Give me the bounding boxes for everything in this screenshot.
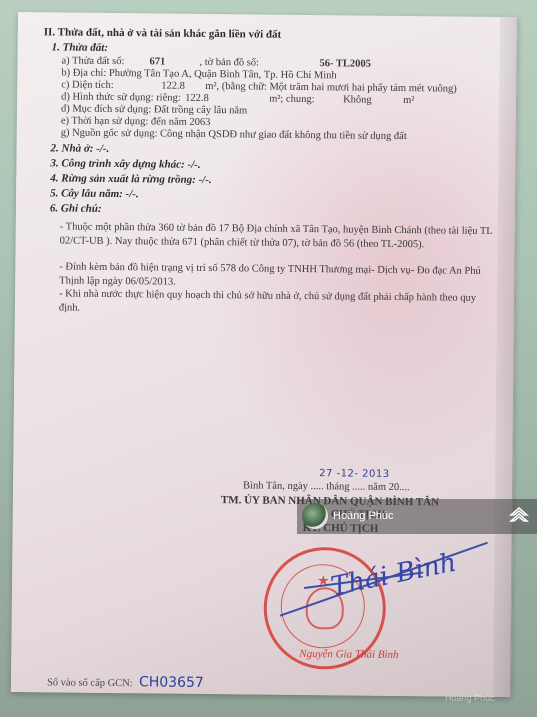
notes-heading: 6. Ghi chú: (50, 203, 102, 215)
map-sheet-number: 56- TL2005 (319, 59, 371, 70)
user-avatar[interactable] (302, 503, 328, 529)
signer-name: Nguyễn Gia Thái Bình (299, 648, 398, 661)
page-fold (493, 17, 518, 697)
land-heading: 1. Thửa đất: (52, 42, 109, 54)
forest-item: 4. Rừng sản xuất là rừng trồng: -/-. (50, 173, 212, 186)
poster-name[interactable]: Hoàng Phúc (333, 510, 394, 522)
parcel-number-label: a) Thửa đất số: (61, 56, 124, 67)
usage-shared-value: Không (343, 95, 372, 106)
perennial-item: 5. Cây lâu năm: -/-. (50, 188, 139, 200)
watermark-text: Hoàng Phúc (445, 693, 495, 703)
usage-shared-label: m²; chung: (269, 95, 315, 106)
note-3: - Khi nhà nước thực hiện quy hoạch thì c… (59, 287, 499, 319)
other-works-item: 3. Công trình xây dựng khác: -/-. (50, 158, 200, 171)
area-label: c) Diện tích: (61, 80, 114, 91)
usage-private-area: 122.8 (185, 94, 209, 105)
stacked-layers-logo-icon[interactable] (509, 506, 529, 526)
note-1: - Thuộc một phần thửa 360 tờ bản đồ 17 B… (60, 220, 500, 252)
usage-form-label: d) Hình thức sử dụng: riêng: (61, 92, 181, 104)
area-in-words: m², (bằng chữ: Một trăm hai mươi hai phẩ… (205, 82, 457, 95)
section-title: II. Thửa đất, nhà ở và tài sản khác gắn … (44, 27, 282, 40)
place-date-line: Bình Tân, ngày ..... tháng ..... năm 20.… (243, 481, 410, 493)
certificate-page: II. Thửa đất, nhà ở và tài sản khác gắn … (11, 12, 518, 697)
registry-label: Số vào sổ cấp GCN: (47, 678, 133, 689)
house-item: 2. Nhà ở: -/-. (51, 143, 110, 155)
usage-shared-unit: m² (403, 96, 414, 107)
map-sheet-label: , tờ bản đồ số: (199, 58, 259, 69)
stamped-date: 27 -12- 2013 (319, 469, 390, 480)
area-value: 122.8 (161, 82, 185, 93)
parcel-number: 671 (149, 57, 165, 68)
usage-origin: g) Nguồn gốc sử dụng: Công nhận QSDĐ như… (61, 128, 407, 142)
poster-overlay-bar[interactable]: Hoàng Phúc (297, 499, 537, 534)
registry-number: CH03657 (139, 675, 204, 690)
